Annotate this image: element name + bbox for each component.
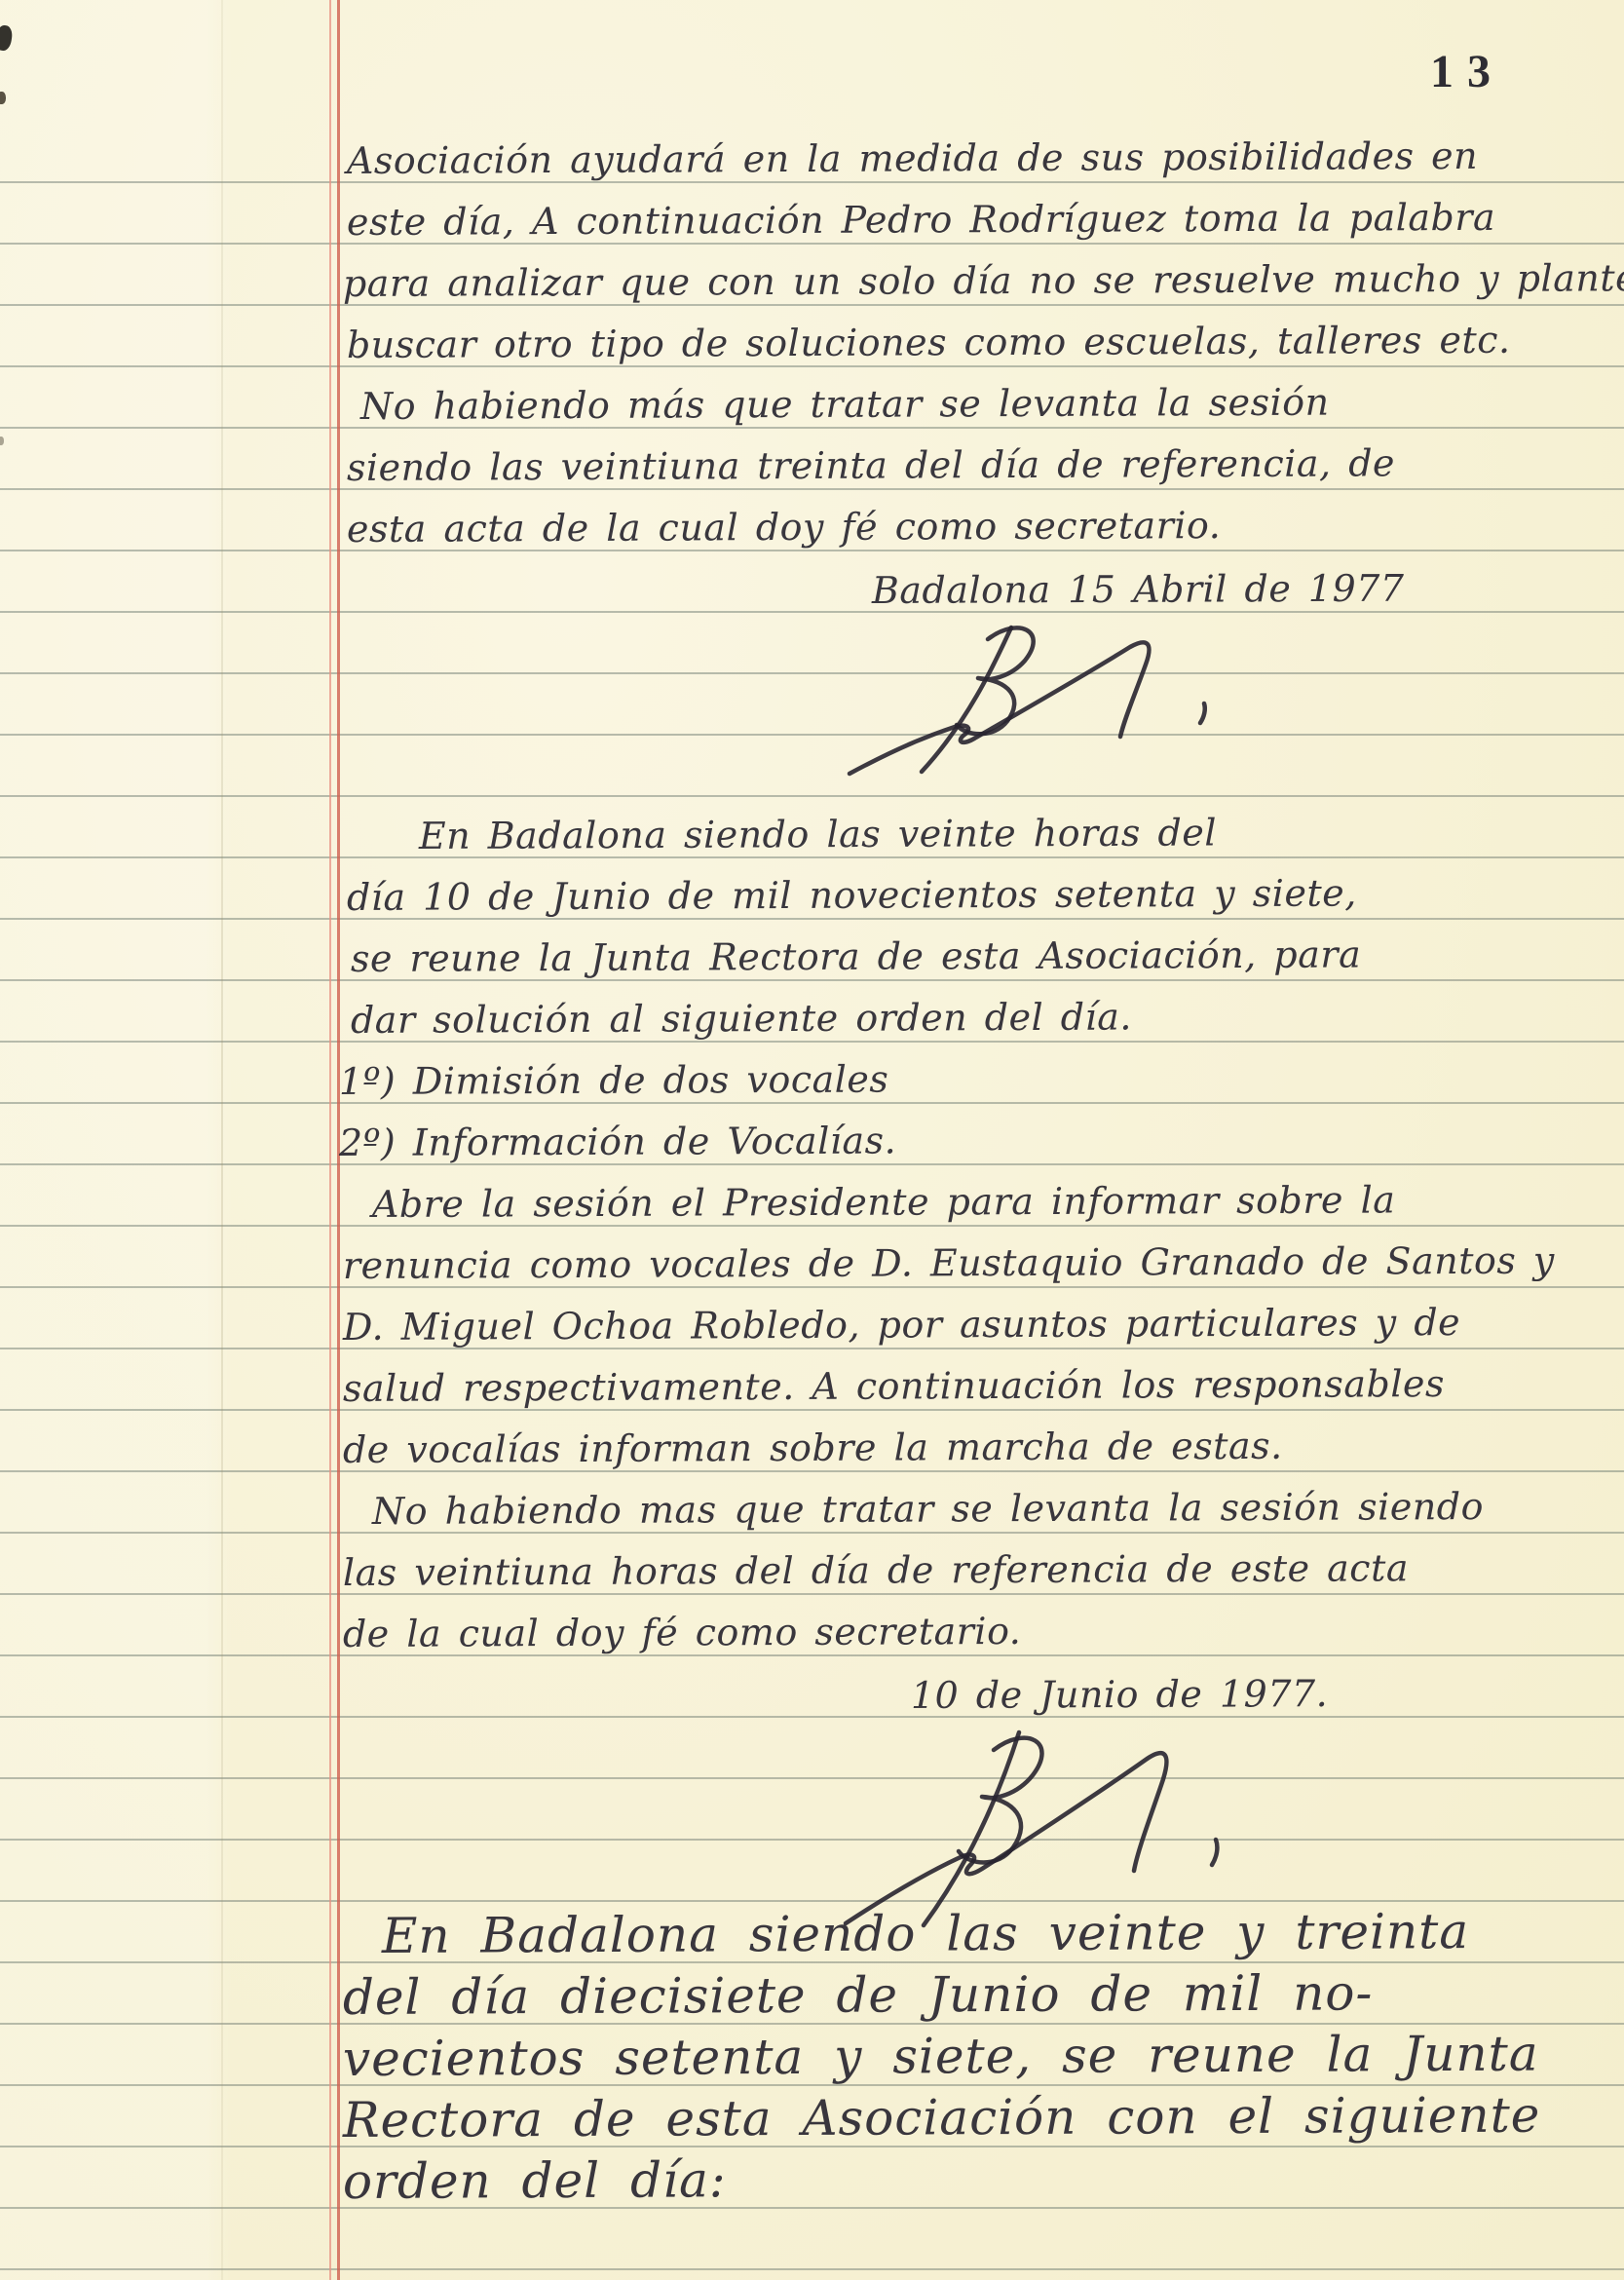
ruled-lines (0, 181, 1624, 2280)
handwritten-line: En Badalona siendo las veinte y treinta (382, 1903, 1469, 1964)
handwritten-line: salud respectivamente. A continuación lo… (343, 1362, 1445, 1410)
red-margin-line-outer (329, 0, 331, 2280)
handwritten-line: vecientos setenta y siete, se reune la J… (343, 2026, 1539, 2087)
page-number: 13 (1430, 45, 1504, 98)
handwritten-line: del día diecisiete de Junio de mil no- (343, 1964, 1374, 2026)
handwritten-line: D. Miguel Ochoa Robledo, por asuntos par… (343, 1301, 1460, 1349)
handwritten-line: 10 de Junio de 1977. (911, 1672, 1328, 1717)
handwritten-line: orden del día: (343, 2151, 727, 2210)
handwritten-line: buscar otro tipo de soluciones como escu… (347, 319, 1511, 366)
handwritten-line: de vocalías informan sobre la marcha de … (343, 1425, 1283, 1471)
handwritten-line: renuncia como vocales de D. Eustaquio Gr… (343, 1239, 1555, 1287)
scan-artifact (0, 92, 6, 104)
handwritten-line: dar solución al siguiente orden del día. (351, 996, 1132, 1042)
handwritten-line: para analizar que con un solo día no se … (343, 256, 1624, 305)
handwritten-line: Abre la sesión el Presidente para inform… (372, 1178, 1396, 1226)
handwritten-line: Badalona 15 Abril de 1977 (872, 567, 1405, 612)
handwritten-line: 2º) Información de Vocalías. (339, 1120, 896, 1164)
scan-artifact (0, 437, 4, 445)
handwritten-line: día 10 de Junio de mil novecientos seten… (347, 871, 1357, 919)
scanned-notebook-page: 13 Asociación ayudará en la medida de su… (0, 0, 1624, 2280)
scan-artifact (0, 24, 14, 52)
handwritten-line: siendo las veintiuna treinta del día de … (347, 441, 1395, 489)
signature-icon (807, 614, 1274, 789)
handwritten-line: Asociación ayudará en la medida de sus p… (347, 134, 1478, 182)
handwritten-line: de la cual doy fé como secretario. (343, 1610, 1022, 1655)
handwritten-line: Rectora de esta Asociación con el siguie… (343, 2087, 1541, 2148)
handwritten-line: esta acta de la cual doy fé como secreta… (347, 504, 1222, 551)
handwritten-line: En Badalona siendo las veinte horas del (419, 811, 1217, 857)
page-crease (221, 0, 223, 2280)
handwritten-line: se reune la Junta Rectora de esta Asocia… (351, 932, 1361, 980)
handwritten-line: No habiendo más que tratar se levanta la… (360, 381, 1330, 428)
handwritten-line: No habiendo mas que tratar se levanta la… (372, 1485, 1484, 1533)
handwritten-line: las veintiuna horas del día de referenci… (343, 1546, 1409, 1594)
handwritten-line: este día, A continuación Pedro Rodríguez… (347, 196, 1495, 244)
handwritten-line: 1º) Dimisión de dos vocales (339, 1058, 889, 1103)
